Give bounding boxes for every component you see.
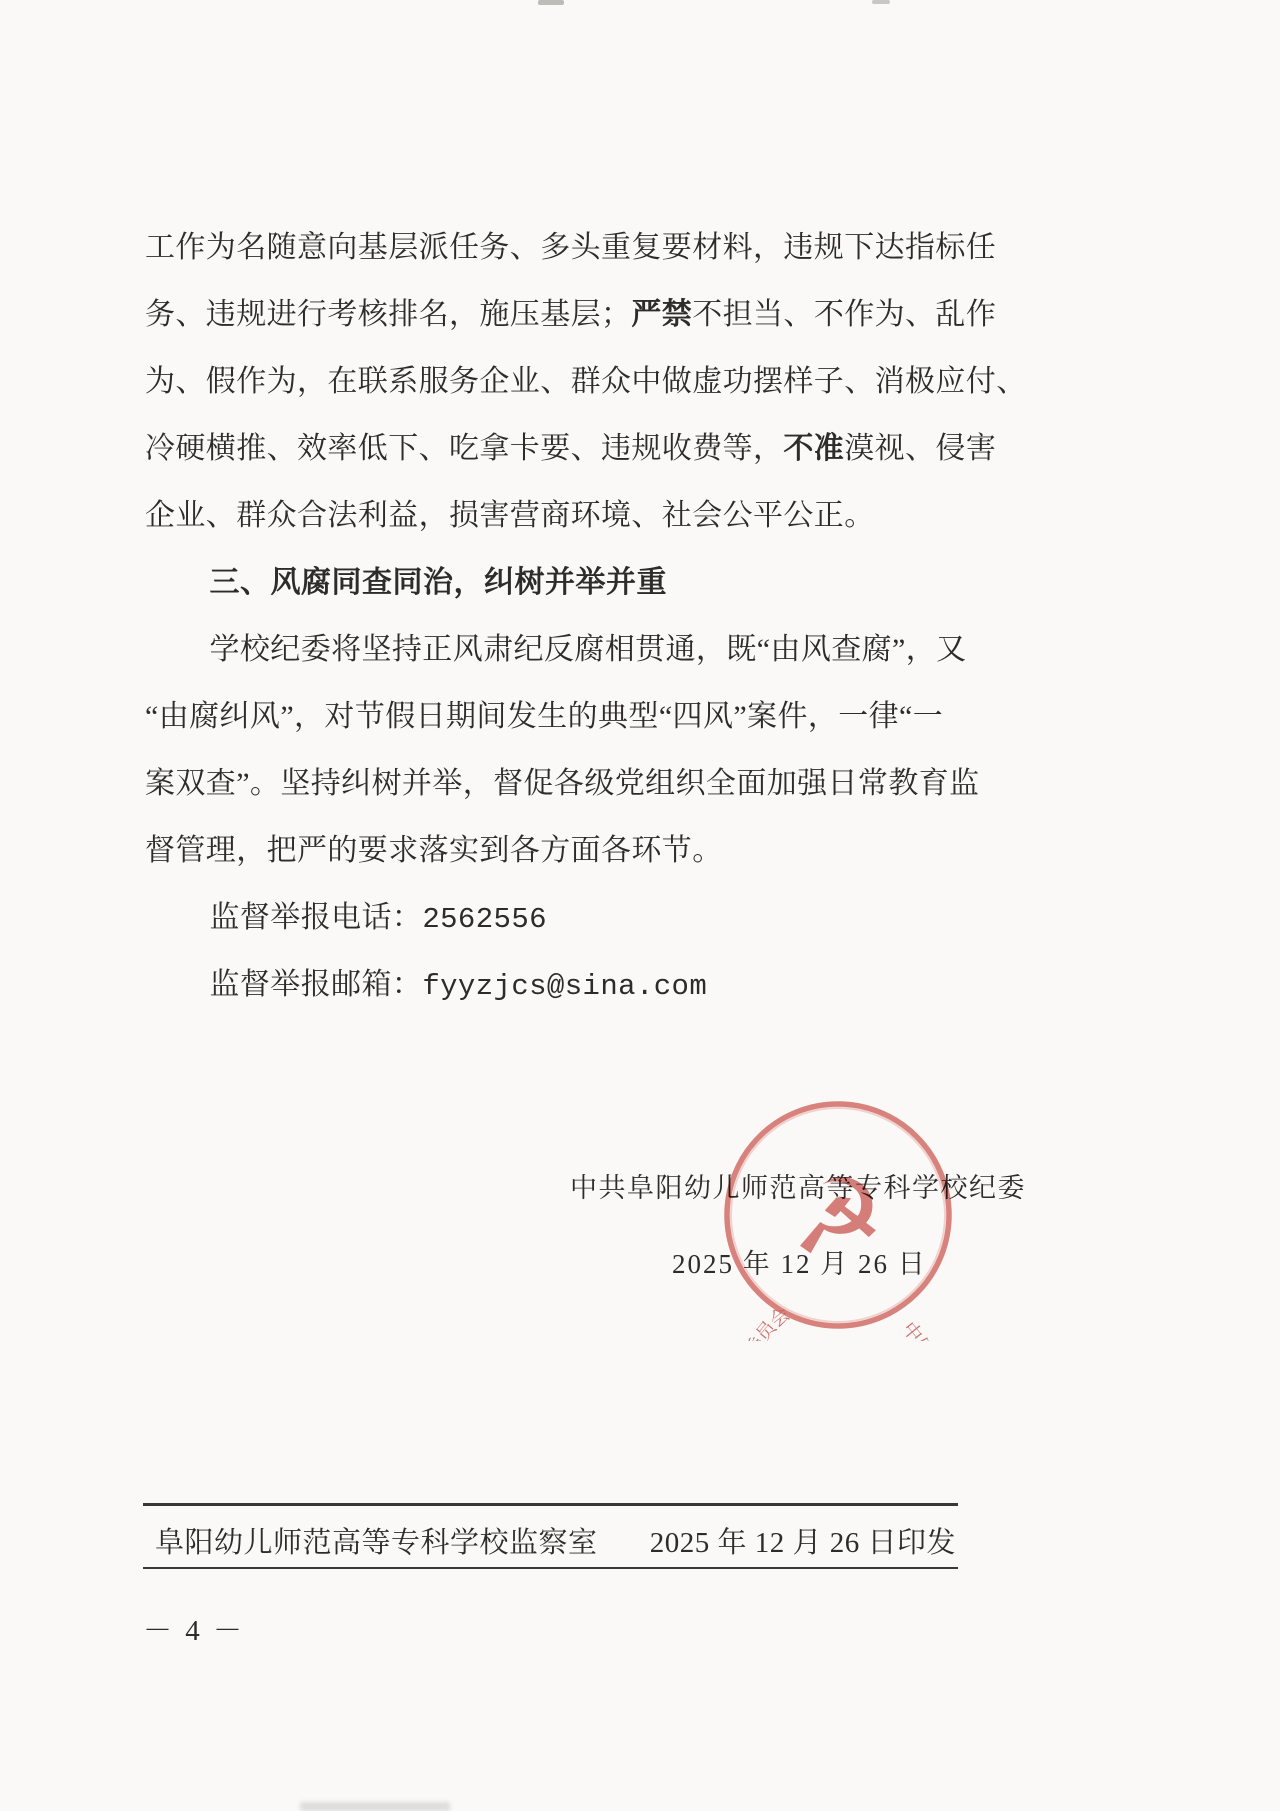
body-text: 务、违规进行考核排名，施压基层； bbox=[145, 298, 631, 331]
report-phone-number: 2562556 bbox=[422, 903, 547, 936]
report-email-address: fyyzjcs@sina.com bbox=[422, 970, 707, 1003]
seal-arc-text: 中国共产党阜阳幼儿师范高等专科学校纪律检查委员会 bbox=[733, 1303, 944, 1341]
body-text: 不担当、不作为、乱作 bbox=[692, 298, 996, 331]
body-line: “由腐纠风”，对节假日期间发生的典型“四风”案件，一律“一 bbox=[145, 683, 970, 750]
body-text: 企业、群众合法利益，损害营商环境、社会公平公正。 bbox=[145, 499, 875, 532]
report-email-line: 监督举报邮箱：fyyzjcs@sina.com bbox=[145, 951, 970, 1018]
body-text: 为、假作为，在联系服务企业、群众中做虚功摆样子、消极应付、 bbox=[145, 365, 1027, 398]
colophon-print-date: 2025 年 12 月 26 日印发 bbox=[650, 1520, 958, 1561]
body-line: 为、假作为，在联系服务企业、群众中做虚功摆样子、消极应付、 bbox=[145, 348, 970, 415]
body-text: 工作为名随意向基层派任务、多头重复要材料，违规下达指标任 bbox=[145, 231, 996, 264]
colophon: 阜阳幼儿师范高等专科学校监察室 2025 年 12 月 26 日印发 bbox=[143, 1516, 958, 1564]
signature-date: 2025 年 12 月 26 日 bbox=[672, 1242, 1026, 1281]
body-line: 学校纪委将坚持正风肃纪反腐相贯通，既“由风查腐”，又 bbox=[145, 616, 970, 683]
signature-block: 中共阜阳幼儿师范高等专科学校纪委 2025 年 12 月 26 日 bbox=[570, 1166, 1026, 1281]
body-text: 漠视、侵害 bbox=[844, 432, 996, 465]
scan-artifact bbox=[300, 1802, 450, 1811]
report-phone-label: 监督举报电话： bbox=[210, 901, 423, 934]
body-line: 冷硬横推、效率低下、吃拿卡要、违规收费等，不准漠视、侵害 bbox=[145, 415, 970, 482]
footer-divider-top bbox=[143, 1503, 958, 1506]
body-line: 案双查”。坚持纠树并举，督促各级党组织全面加强日常教育监 bbox=[145, 750, 970, 817]
body-line: 督管理，把严的要求落实到各方面各环节。 bbox=[145, 817, 970, 884]
report-email-label: 监督举报邮箱： bbox=[210, 968, 423, 1001]
report-phone-line: 监督举报电话：2562556 bbox=[145, 884, 970, 951]
body-text: 冷硬横推、效率低下、吃拿卡要、违规收费等， bbox=[145, 432, 783, 465]
body-line: 工作为名随意向基层派任务、多头重复要材料，违规下达指标任 bbox=[145, 214, 970, 281]
colophon-issuer: 阜阳幼儿师范高等专科学校监察室 bbox=[143, 1520, 598, 1561]
signature-org: 中共阜阳幼儿师范高等专科学校纪委 bbox=[570, 1166, 1026, 1205]
document-page: 工作为名随意向基层派任务、多头重复要材料，违规下达指标任 务、违规进行考核排名，… bbox=[0, 0, 1280, 1811]
footer-divider-bottom bbox=[143, 1567, 958, 1569]
page-number: － 4 － bbox=[143, 1608, 245, 1649]
document-body: 工作为名随意向基层派任务、多头重复要材料，违规下达指标任 务、违规进行考核排名，… bbox=[145, 214, 970, 1018]
body-line: 企业、群众合法利益，损害营商环境、社会公平公正。 bbox=[145, 482, 970, 549]
scan-artifact bbox=[872, 0, 890, 4]
emphasis-text: 不准 bbox=[783, 432, 844, 465]
section-heading: 三、风腐同查同治，纠树并举并重 bbox=[145, 549, 970, 616]
scan-artifact bbox=[538, 0, 564, 5]
body-line: 务、违规进行考核排名，施压基层；严禁不担当、不作为、乱作 bbox=[145, 281, 970, 348]
emphasis-text: 严禁 bbox=[631, 298, 692, 331]
